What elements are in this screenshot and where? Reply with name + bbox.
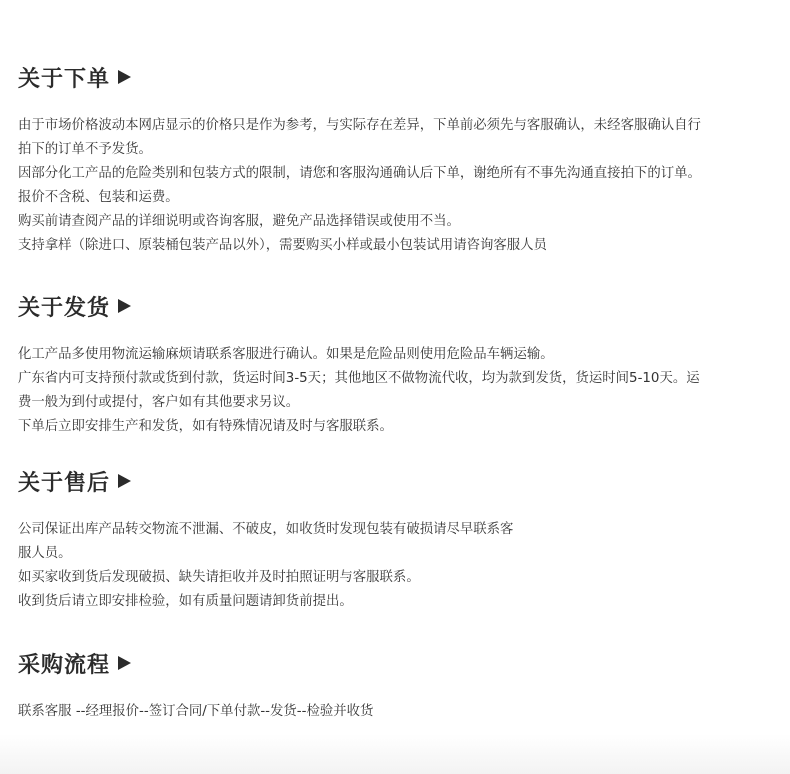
section-title: 关于售后 <box>18 466 110 497</box>
section-purchase-process: 采购流程 联系客服 --经理报价--签订合同/下单付款--发货--检验并收货 <box>18 648 778 724</box>
text-line: 支持拿样（除进口、原装桶包装产品以外），需要购买小样或最小包装试用请咨询客服人员 <box>18 234 778 258</box>
text-line: 收到货后请立即安排检验，如有质量问题请卸货前提出。 <box>18 590 778 614</box>
triangle-right-icon <box>118 70 131 84</box>
text-line: 拍下的订单不予发货。 <box>18 138 778 162</box>
triangle-right-icon <box>118 299 131 313</box>
text-line: 公司保证出库产品转交物流不泄漏、不破皮，如收货时发现包装有破损请尽早联系客 <box>18 518 778 542</box>
text-line: 化工产品多使用物流运输麻烦请联系客服进行确认。如果是危险品则使用危险品车辆运输。 <box>18 343 778 367</box>
section-heading: 关于发货 <box>18 291 778 321</box>
section-body: 由于市场价格波动本网店显示的价格只是作为参考，与实际存在差异，下单前必须先与客服… <box>18 114 778 258</box>
section-title: 采购流程 <box>18 648 110 679</box>
section-after-sales: 关于售后 公司保证出库产品转交物流不泄漏、不破皮，如收货时发现包装有破损请尽早联… <box>18 466 778 614</box>
text-line: 报价不含税、包装和运费。 <box>18 186 778 210</box>
section-shipping: 关于发货 化工产品多使用物流运输麻烦请联系客服进行确认。如果是危险品则使用危险品… <box>18 291 778 439</box>
text-line: 因部分化工产品的危险类别和包装方式的限制，请您和客服沟通确认后下单，谢绝所有不事… <box>18 162 778 186</box>
section-body: 联系客服 --经理报价--签订合同/下单付款--发货--检验并收货 <box>18 700 778 724</box>
section-body: 公司保证出库产品转交物流不泄漏、不破皮，如收货时发现包装有破损请尽早联系客 服人… <box>18 518 778 614</box>
policy-page: 关于下单 由于市场价格波动本网店显示的价格只是作为参考，与实际存在差异，下单前必… <box>0 0 790 774</box>
text-line: 联系客服 --经理报价--签订合同/下单付款--发货--检验并收货 <box>18 700 778 724</box>
triangle-right-icon <box>118 656 131 670</box>
section-heading: 关于售后 <box>18 466 778 496</box>
triangle-right-icon <box>118 474 131 488</box>
section-ordering: 关于下单 由于市场价格波动本网店显示的价格只是作为参考，与实际存在差异，下单前必… <box>18 62 778 258</box>
bottom-fade <box>0 734 790 774</box>
section-title: 关于发货 <box>18 291 110 322</box>
text-line: 费一般为到付或提付，客户如有其他要求另议。 <box>18 391 778 415</box>
text-line: 购买前请查阅产品的详细说明或咨询客服，避免产品选择错误或使用不当。 <box>18 210 778 234</box>
section-title: 关于下单 <box>18 62 110 93</box>
text-line: 服人员。 <box>18 542 778 566</box>
text-line: 如买家收到货后发现破损、缺失请拒收并及时拍照证明与客服联系。 <box>18 566 778 590</box>
section-heading: 关于下单 <box>18 62 778 92</box>
text-line: 下单后立即安排生产和发货，如有特殊情况请及时与客服联系。 <box>18 415 778 439</box>
text-line: 广东省内可支持预付款或货到付款，货运时间3-5天；其他地区不做物流代收，均为款到… <box>18 367 778 391</box>
section-body: 化工产品多使用物流运输麻烦请联系客服进行确认。如果是危险品则使用危险品车辆运输。… <box>18 343 778 439</box>
text-line: 由于市场价格波动本网店显示的价格只是作为参考，与实际存在差异，下单前必须先与客服… <box>18 114 778 138</box>
section-heading: 采购流程 <box>18 648 778 678</box>
